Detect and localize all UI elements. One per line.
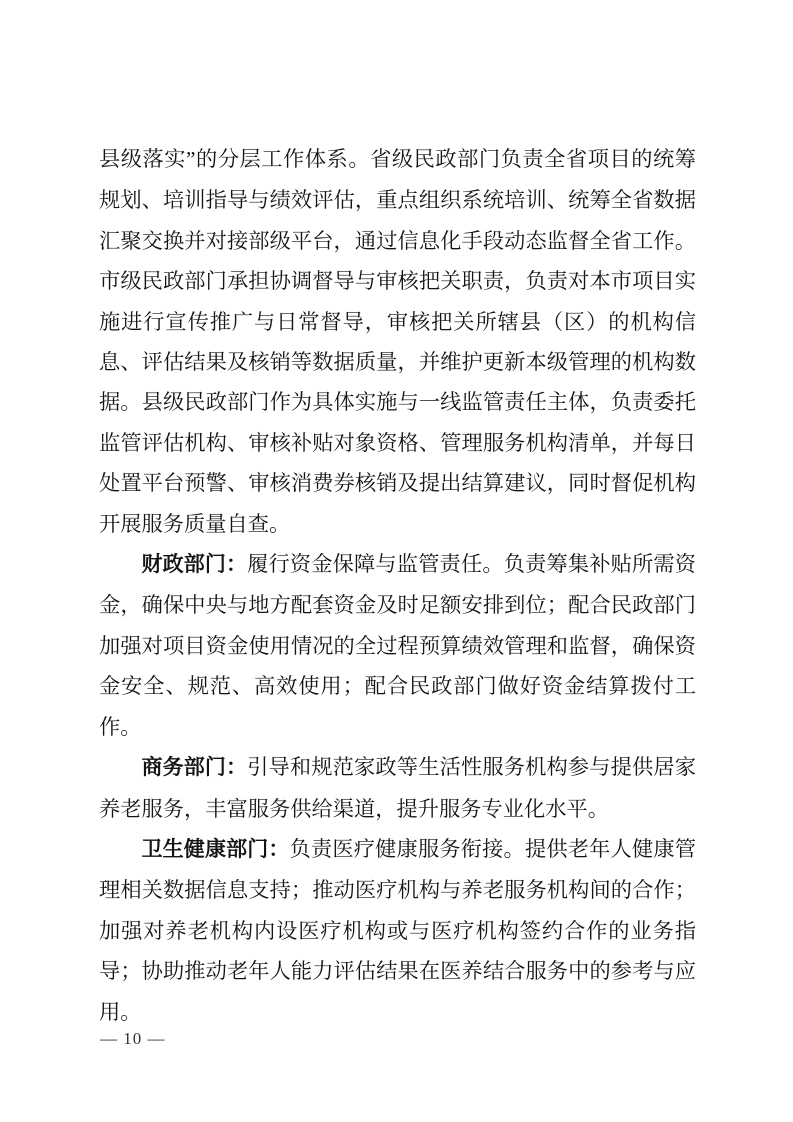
paragraph-text: 负责医疗健康服务衔接。提供老年人健康管理相关数据信息支持；推动医疗机构与养老服务…: [99, 837, 696, 1024]
paragraph-health-department: 卫生健康部门：负责医疗健康服务衔接。提供老年人健康管理相关数据信息支持；推动医疗…: [99, 829, 696, 1032]
paragraph-text: 履行资金保障与监管责任。负责筹集补贴所需资金，确保中央与地方配套资金及时足额安排…: [99, 552, 696, 739]
document-body: 县级落实”的分层工作体系。省级民政部门负责全省项目的统筹规划、培训指导与绩效评估…: [99, 139, 696, 1032]
paragraph-text: 县级落实”的分层工作体系。省级民政部门负责全省项目的统筹规划、培训指导与绩效评估…: [99, 147, 696, 536]
paragraph-lead: 商务部门：: [142, 756, 248, 779]
paragraph-responsibility-levels: 县级落实”的分层工作体系。省级民政部门负责全省项目的统筹规划、培训指导与绩效评估…: [99, 139, 696, 544]
page-number: — 10 —: [100, 1029, 166, 1048]
paragraph-finance-department: 财政部门：履行资金保障与监管责任。负责筹集补贴所需资金，确保中央与地方配套资金及…: [99, 544, 696, 747]
paragraph-lead: 财政部门：: [142, 553, 248, 576]
document-page: 县级落实”的分层工作体系。省级民政部门负责全省项目的统筹规划、培训指导与绩效评估…: [0, 0, 793, 1122]
paragraph-lead: 卫生健康部门：: [142, 838, 290, 861]
page-footer: — 10 —: [100, 1028, 166, 1050]
paragraph-commerce-department: 商务部门：引导和规范家政等生活性服务机构参与提供居家养老服务，丰富服务供给渠道，…: [99, 747, 696, 829]
